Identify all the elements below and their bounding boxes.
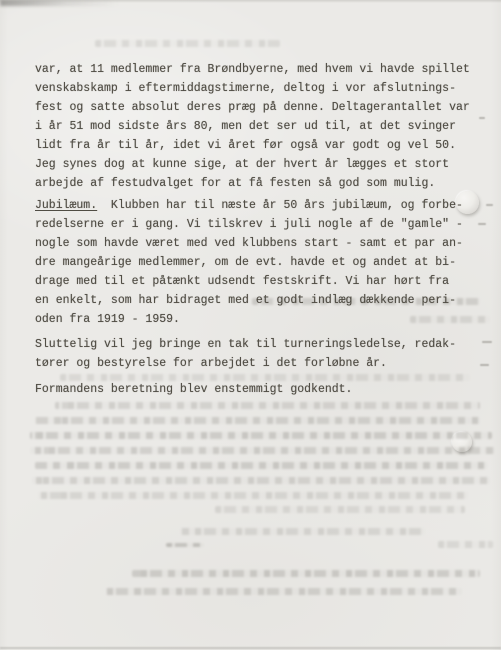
bleed-through-line	[180, 528, 425, 535]
bleed-through-line	[35, 417, 480, 424]
text-line: dre mangeårige medlemmer, om de evt. hav…	[35, 253, 476, 272]
ink-speck	[480, 364, 489, 366]
bleed-through-line	[35, 462, 487, 469]
text-line: Jeg synes dog at kunne sige, at der hver…	[35, 155, 476, 174]
text-line: Formandens beretning blev enstemmigt god…	[35, 380, 476, 399]
bleed-through-line	[32, 477, 490, 484]
jubilaeum-heading: Jubilæum.	[35, 199, 97, 212]
text-line: Jubilæum. Klubben har til næste år 50 år…	[35, 196, 476, 215]
ink-speck	[486, 204, 493, 206]
text-line: i år 51 mod sidste års 80, men det ser u…	[35, 117, 476, 136]
bleed-through-line	[215, 506, 465, 513]
bleed-through-line	[106, 588, 462, 595]
bleed-through-line	[30, 447, 495, 454]
text-line-rest: Klubben har til næste år 50 års jubilæum…	[97, 199, 463, 212]
bleed-through-line	[55, 402, 480, 409]
bleed-through-line	[38, 492, 468, 499]
bleed-through-line	[30, 432, 492, 439]
text-line: drage med til et påtænkt udsendt festskr…	[35, 272, 476, 291]
paragraph-approval: Formandens beretning blev enstemmigt god…	[35, 380, 476, 399]
text-line: nogle som havde været med ved klubbens s…	[35, 234, 476, 253]
paragraph-thanks: Sluttelig vil jeg bringe en tak til turn…	[35, 335, 476, 373]
bleed-through-line	[166, 543, 204, 547]
corner-smudge	[0, 0, 120, 6]
scanned-page: var, at 11 medlemmer fra Brøndbyerne, me…	[0, 0, 501, 650]
text-line: en enkelt, som har bidraget med et godt …	[35, 291, 476, 310]
text-line: var, at 11 medlemmer fra Brøndbyerne, me…	[35, 60, 476, 79]
bleed-through-line	[132, 570, 480, 577]
paragraph-jubilaeum: Jubilæum. Klubben har til næste år 50 år…	[35, 196, 476, 329]
text-line: fest og satte absolut deres præg på denn…	[35, 98, 476, 117]
bleed-through-line	[95, 40, 280, 47]
text-line: tører og bestyrelse for arbejdet i det f…	[35, 354, 476, 373]
text-line: lidt fra år til år, idet vi året før ogs…	[35, 136, 476, 155]
scan-bottom-edge	[0, 647, 501, 649]
text-line: redelserne er i gang. Vi tilskrev i juli…	[35, 215, 476, 234]
ink-speck	[482, 341, 492, 343]
text-line: venskabskamp i eftermiddagstimerne, delt…	[35, 79, 476, 98]
text-line: oden fra 1919 - 1959.	[35, 310, 476, 329]
paragraph-attendance: var, at 11 medlemmer fra Brøndbyerne, me…	[35, 60, 476, 193]
ink-speck	[478, 223, 486, 225]
text-line: arbejde af festudvalget for at få festen…	[35, 174, 476, 193]
ink-speck	[479, 117, 485, 119]
bleed-through-line	[438, 541, 493, 548]
text-line: Sluttelig vil jeg bringe en tak til turn…	[35, 335, 476, 354]
